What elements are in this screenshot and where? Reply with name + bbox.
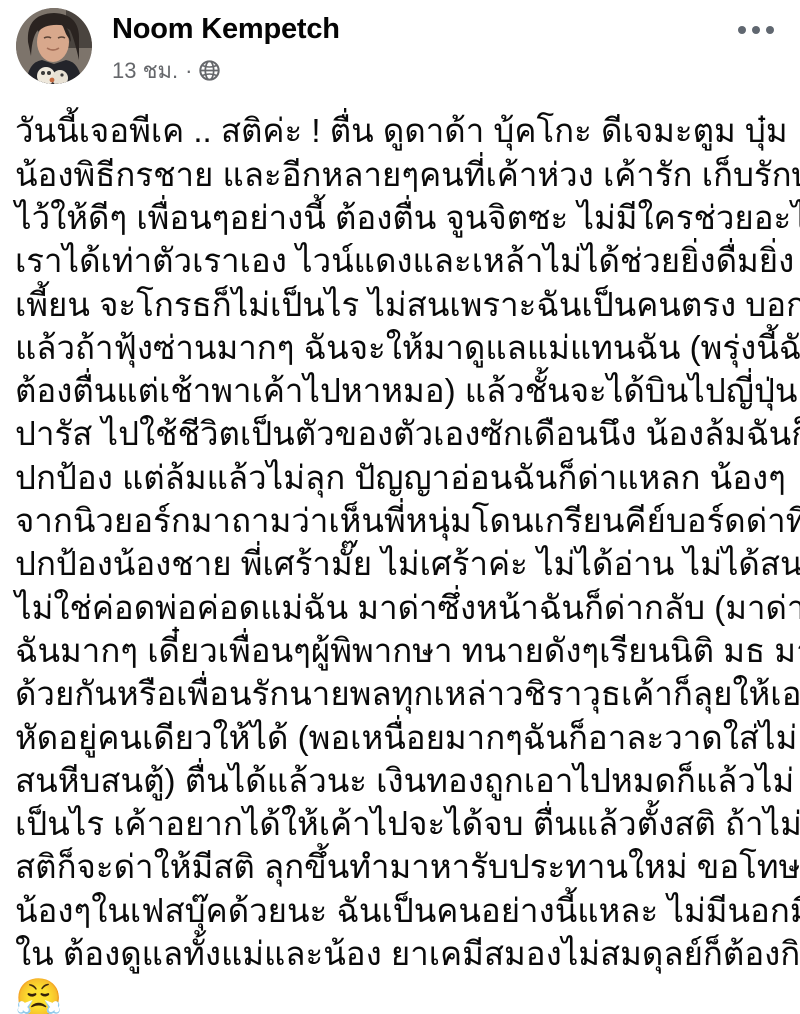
author-name[interactable]: Noom Kempetch: [112, 13, 340, 46]
post-text-line: ปกป้องน้องชาย พี่เศร้ามั๊ย ไม่เศร้าค่ะ ไ…: [15, 542, 786, 585]
post-meta: 13 ชม. ·: [112, 53, 340, 88]
more-options-dot: [766, 26, 774, 34]
post-text-line: ด้วยกันหรือเพื่อนรักนายพลทุกเหล่าวชิราวุ…: [15, 672, 786, 715]
post-text-line: จากนิวยอร์กมาถามว่าเห็นพี่หนุ่มโดนเกรียน…: [15, 499, 786, 542]
post-text-line: ปกป้อง แต่ล้มแล้วไม่ลุก ปัญญาอ่อนฉันก็ด่…: [15, 456, 786, 499]
globe-public-icon: [199, 60, 220, 81]
post-text-line: ปารัส ไปใช้ชีวิตเป็นตัวของตัวเองซักเดือน…: [15, 412, 786, 455]
post-text-line: ไม่ใช่ค่อดพ่อค่อดแม่ฉัน มาด่าซึ่งหน้าฉัน…: [15, 586, 786, 629]
post-body: วันนี้เจอพีเค .. สติค่ะ ! ตื่น ดูดาด้า บ…: [0, 88, 800, 1014]
post-text-line: วันนี้เจอพีเค .. สติค่ะ ! ตื่น ดูดาด้า บ…: [15, 109, 786, 152]
post-text-line: ต้องตื่นแต่เช้าพาเค้าไปหาหมอ) แล้วชั้นจะ…: [15, 369, 786, 412]
post-text-line: สติก็จะด่าให้มีสติ ลุกขึ้นทำมาหารับประทา…: [15, 845, 786, 888]
more-options-dot: [752, 26, 760, 34]
post-text-line: ใน ต้องดูแลทั้งแม่และน้อง ยาเคมีสมองไม่ส…: [15, 932, 786, 975]
post-text-line: น้องๆในเฟสบุ๊คด้วยนะ ฉันเป็นคนอย่างนี้แห…: [15, 889, 786, 932]
timestamp[interactable]: 13 ชม.: [112, 53, 178, 88]
more-options-dot: [738, 26, 746, 34]
meta-separator: ·: [185, 58, 192, 84]
facebook-post: Noom Kempetch 13 ชม. · วันนี้เจอพีเค .. …: [0, 0, 800, 1014]
post-text: วันนี้เจอพีเค .. สติค่ะ ! ตื่น ดูดาด้า บ…: [15, 109, 786, 975]
post-emoji: 😤: [15, 977, 786, 1014]
post-text-line: ไว้ให้ดีๆ เพื่อนๆอย่างนี้ ต้องตื่น จูนจิ…: [15, 196, 786, 239]
post-text-line: เพี้ยน จะโกรธก็ไม่เป็นไร ไม่สนเพราะฉันเป…: [15, 283, 786, 326]
more-options-button[interactable]: [732, 20, 780, 40]
post-text-line: เป็นไร เค้าอยากได้ให้เค้าไปจะได้จบ ตื่นแ…: [15, 802, 786, 845]
post-text-line: แล้วถ้าฟุ้งซ่านมากๆ ฉันจะให้มาดูแลแม่แทน…: [15, 326, 786, 369]
post-text-line: น้องพิธีกรชาย และอีกหลายๆคนที่เค้าห่วง เ…: [15, 153, 786, 196]
avatar[interactable]: [16, 8, 92, 84]
post-header: Noom Kempetch 13 ชม. ·: [0, 0, 800, 88]
post-text-line: หัดอยู่คนเดียวให้ได้ (พอเหนื่อยมากๆฉันก็…: [15, 716, 786, 759]
post-text-line: สนหีบสนตู้) ตื่นได้แล้วนะ เงินทองถูกเอาไ…: [15, 759, 786, 802]
post-text-line: เราได้เท่าตัวเราเอง ไวน์แดงและเหล้าไม่ได…: [15, 239, 786, 282]
avatar-image: [16, 8, 92, 84]
post-text-line: ฉันมากๆ เดี๋ยวเพื่อนๆผู้พิพากษา ทนายดังๆ…: [15, 629, 786, 672]
header-info: Noom Kempetch 13 ชม. ·: [112, 8, 340, 88]
